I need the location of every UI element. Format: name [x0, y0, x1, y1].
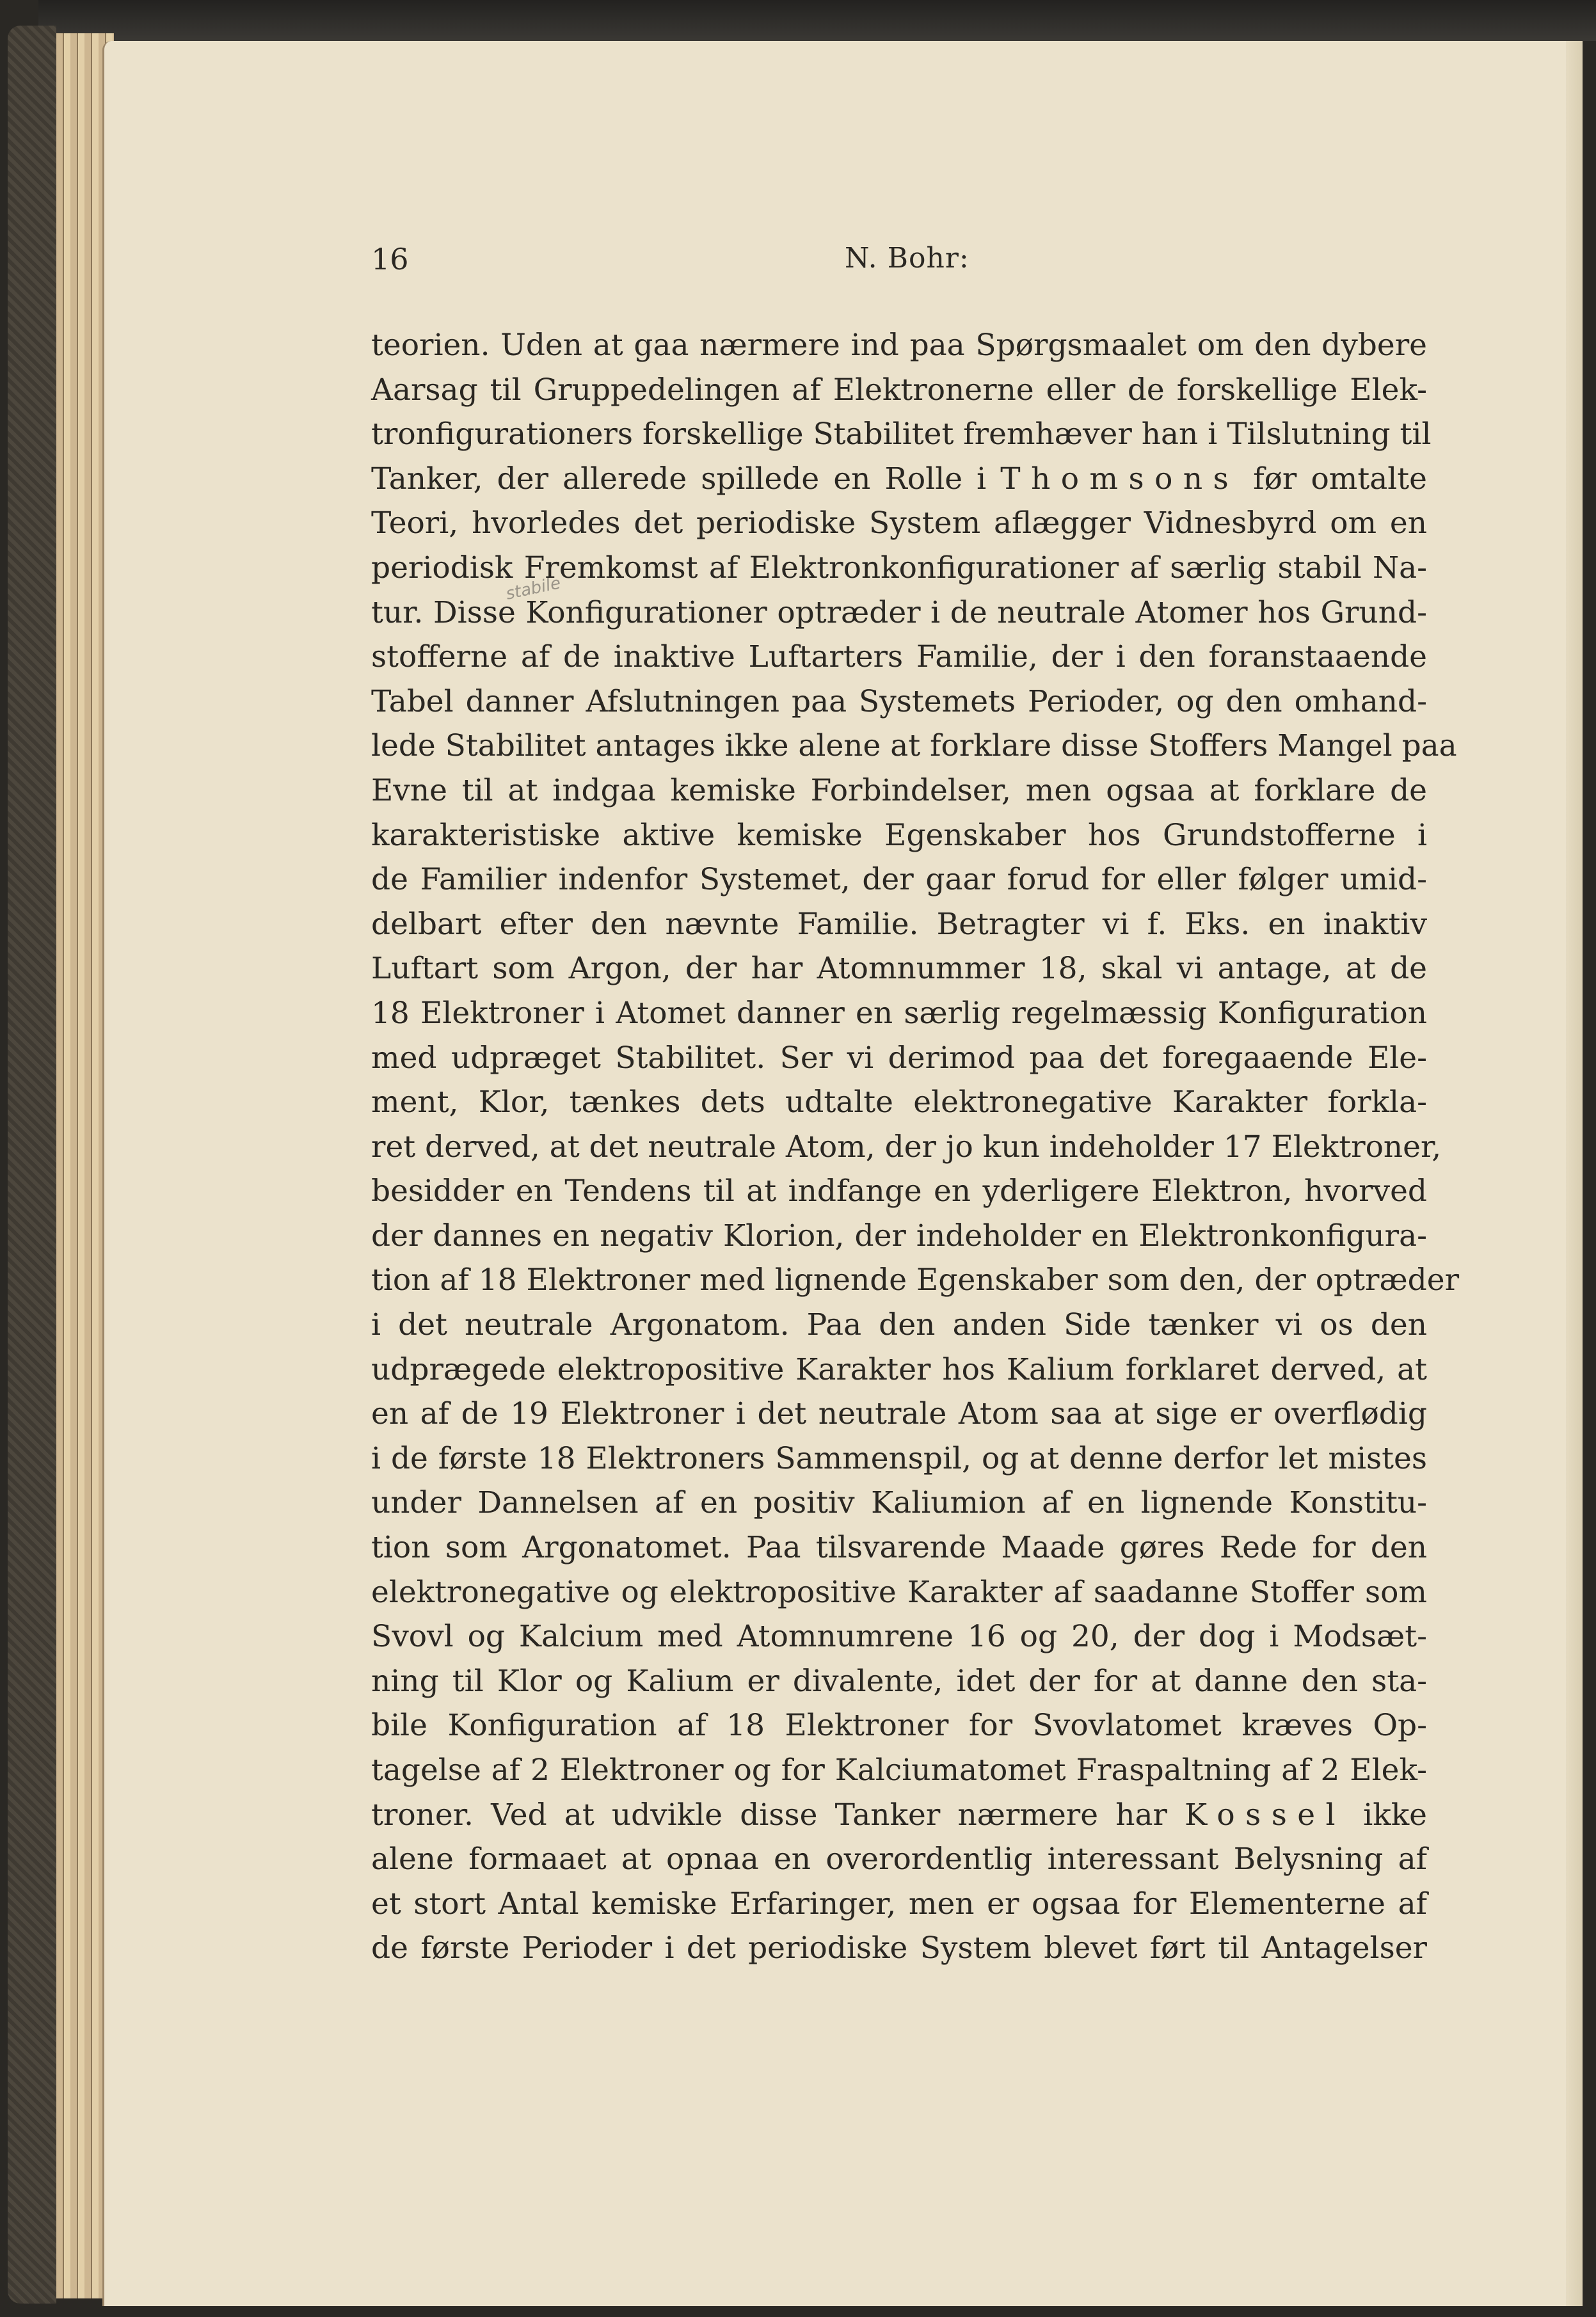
text-line: lede Stabilitet antages ikke alene at fo… — [371, 724, 1427, 768]
text-line: tronfigurationers forskellige Stabilitet… — [371, 412, 1427, 457]
text-line: ning til Klor og Kalium er divalente, id… — [371, 1659, 1427, 1704]
book-binding — [8, 26, 56, 2304]
text-line: udprægede elektropositive Karakter hos K… — [371, 1348, 1427, 1392]
text-line: i de første 18 Elektroners Sammenspil, o… — [371, 1437, 1427, 1481]
text-line: Luftart som Argon, der har Atomnummer 18… — [371, 946, 1427, 991]
text-line: under Dannelsen af en positiv Kaliumion … — [371, 1481, 1427, 1525]
body-text: teorien. Uden at gaa nærmere ind paa Spø… — [371, 323, 1427, 1971]
cover-top-edge — [38, 0, 1596, 41]
text-line: tur. Disse Konfigurationer optræder i de… — [371, 591, 1427, 635]
text-line: troner. Ved at udvikle disse Tanker nærm… — [371, 1793, 1427, 1838]
text-line: stofferne af de inaktive Luftarters Fami… — [371, 635, 1427, 680]
text-line: tion som Argonatomet. Paa tilsvarende Ma… — [371, 1525, 1427, 1570]
text-line: de første Perioder i det periodiske Syst… — [371, 1926, 1427, 1971]
book-cover: 16 N. Bohr: stabile teorien. Uden at gaa… — [0, 0, 1596, 2317]
text-line: 18 Elektroner i Atomet danner en særlig … — [371, 991, 1427, 1036]
text-line: Teori, hvorledes det periodiske System a… — [371, 501, 1427, 546]
text-line: bile Konfiguration af 18 Elektroner for … — [371, 1703, 1427, 1748]
text-line: elektronegative og elektropositive Karak… — [371, 1570, 1427, 1615]
text-line: de Familier indenfor Systemet, der gaar … — [371, 857, 1427, 902]
running-header: 16 N. Bohr: — [371, 242, 1574, 287]
text-line: tion af 18 Elektroner med lignende Egens… — [371, 1258, 1427, 1303]
text-line: Tanker, der allerede spillede en Rolle i… — [371, 457, 1427, 502]
text-line: periodisk Fremkomst af Elektronkonfigura… — [371, 546, 1427, 591]
text-line: besidder en Tendens til at indfange en y… — [371, 1169, 1427, 1214]
text-line: teorien. Uden at gaa nærmere ind paa Spø… — [371, 323, 1427, 368]
text-line: med udpræget Stabilitet. Ser vi derimod … — [371, 1036, 1427, 1081]
text-line: i det neutrale Argonatom. Paa den anden … — [371, 1303, 1427, 1348]
text-line: tagelse af 2 Elektroner og for Kalciumat… — [371, 1748, 1427, 1793]
text-line: Aarsag til Gruppedelingen af Elektronern… — [371, 368, 1427, 413]
text-line: ment, Klor, tænkes dets udtalte elektron… — [371, 1080, 1427, 1125]
text-line: ret derved, at det neutrale Atom, der jo… — [371, 1125, 1427, 1170]
text-line: et stort Antal kemiske Erfaringer, men e… — [371, 1882, 1427, 1927]
spaced-name: Kossel — [1185, 1797, 1346, 1833]
text-line: alene formaaet at opnaa en overordentlig… — [371, 1837, 1427, 1882]
header-author: N. Bohr: — [845, 242, 970, 275]
page-number: 16 — [371, 242, 409, 276]
text-line: delbart efter den nævnte Familie. Betrag… — [371, 902, 1427, 947]
text-line: Evne til at indgaa kemiske Forbindelser,… — [371, 768, 1427, 813]
text-line: Tabel danner Afslutningen paa Systemets … — [371, 680, 1427, 724]
text-line: karakteristiske aktive kemiske Egenskabe… — [371, 813, 1427, 858]
page-gutter-fold — [1566, 41, 1583, 2306]
text-line: Svovl og Kalcium med Atomnumrene 16 og 2… — [371, 1614, 1427, 1659]
text-line: der dannes en negativ Klorion, der indeh… — [371, 1214, 1427, 1259]
text-line: en af de 19 Elektroner i det neutrale At… — [371, 1392, 1427, 1437]
spaced-name: Thomsons — [1000, 461, 1239, 497]
